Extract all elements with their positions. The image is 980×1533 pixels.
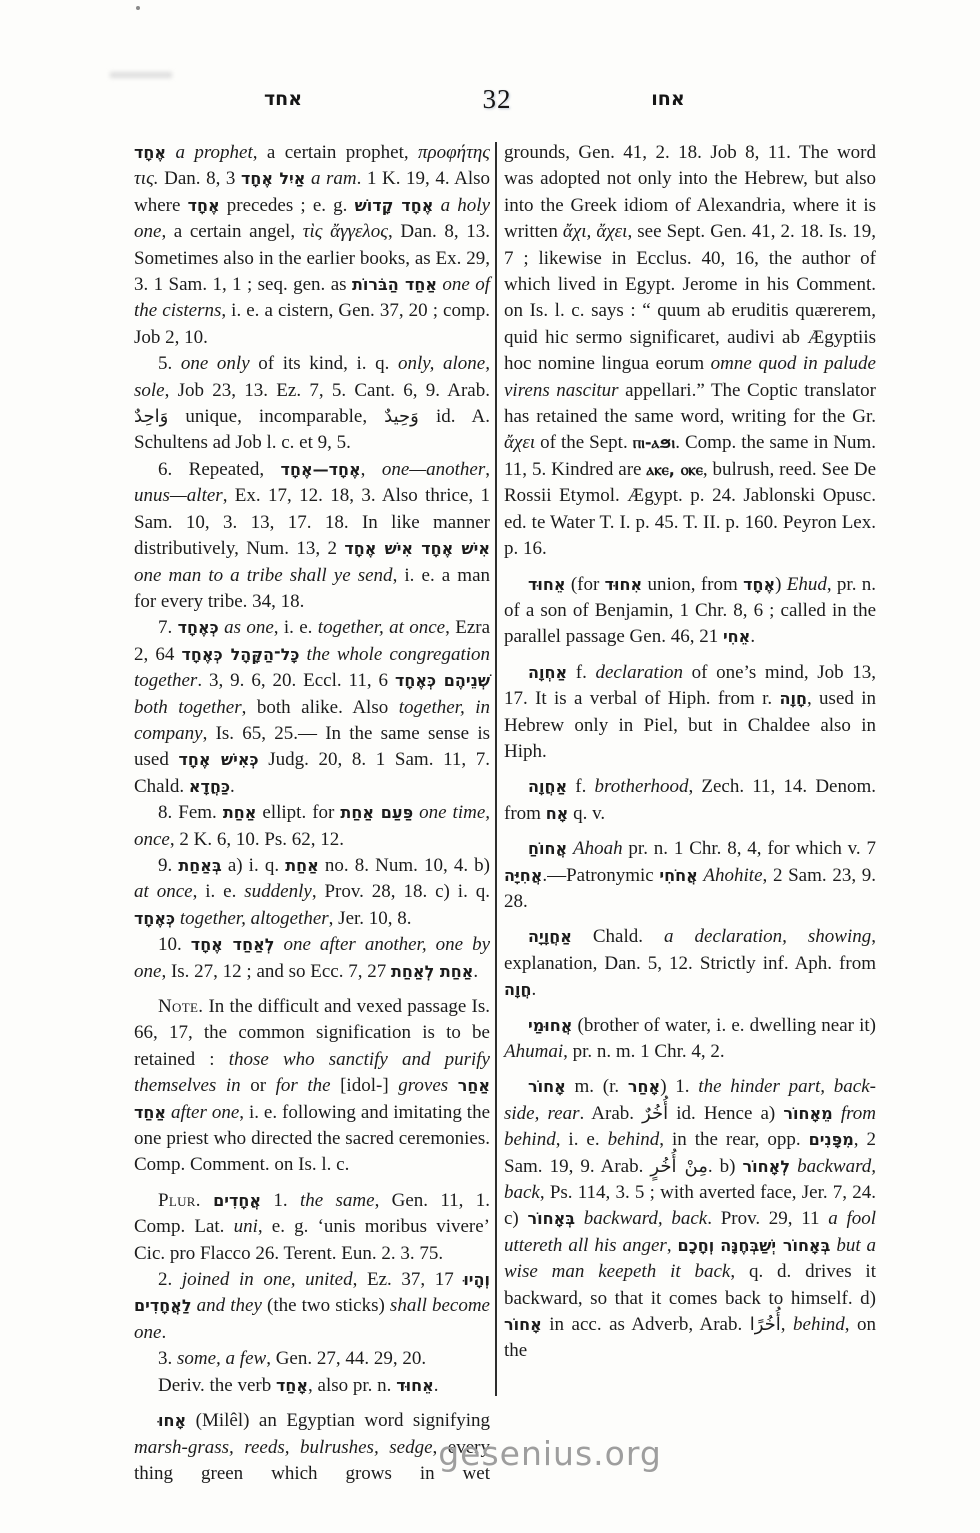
hebrew-text: בְּאַחַת bbox=[178, 856, 221, 875]
body-text: . 3, 9. 6, 20. Eccl. 11, 6 bbox=[197, 670, 395, 691]
body-text: 10. bbox=[158, 934, 191, 955]
italic-text: one man to a tribe shall ye send bbox=[134, 565, 393, 586]
hebrew-text: אָחַר bbox=[628, 1077, 660, 1096]
body-text: , i. e. bbox=[274, 617, 318, 638]
hebrew-text: בְּאָחוֹר bbox=[527, 1209, 575, 1228]
body-text: q. v. bbox=[568, 803, 605, 824]
body-text: , pr. n. m. 1 Chr. 4, 2. bbox=[563, 1041, 725, 1062]
body-text bbox=[201, 1190, 213, 1211]
body-text bbox=[433, 195, 440, 216]
hebrew-text: כְּאִישׁ אֶחָד bbox=[178, 750, 258, 769]
hebrew-text: לְאָחוֹר bbox=[743, 1157, 790, 1176]
italic-text: behind bbox=[608, 1129, 660, 1150]
body-text: of the Sept. bbox=[535, 432, 633, 453]
text-block: אֶחָד a prophet, a certain prophet, προφ… bbox=[134, 140, 876, 1487]
body-text bbox=[790, 1156, 797, 1177]
hebrew-text: אֲחֹחִי bbox=[659, 866, 697, 885]
body-text: . b) bbox=[708, 1156, 743, 1177]
body-text: , a certain angel, bbox=[161, 221, 302, 242]
coptic-text: ⲁⲕⲉ, ⲟⲕⲉ bbox=[646, 460, 702, 479]
hebrew-text: וְחָכָם bbox=[678, 1236, 715, 1255]
hebrew-text: אַחַת bbox=[285, 856, 319, 875]
body-text: Deriv. the verb bbox=[158, 1375, 276, 1396]
hebrew-text: חָוָה bbox=[779, 689, 806, 708]
body-text: 2. bbox=[158, 1269, 182, 1290]
italic-text: together, at once bbox=[318, 617, 445, 638]
hebrew-text: אַחַת לְאַחַת bbox=[391, 962, 473, 981]
dictionary-entry: אֵחוּד (for אִחוּד union, from אֶחָד) Eh… bbox=[504, 572, 876, 651]
greek-text: ἄχει bbox=[504, 432, 535, 453]
italic-text: a prophet bbox=[175, 142, 252, 163]
hebrew-text: אֲחוֹחַ bbox=[528, 839, 567, 858]
dictionary-entry: Plur. אֲחָדִים 1. the same, Gen. 11, 1. … bbox=[134, 1188, 490, 1267]
hebrew-text: כְּאֶחָד bbox=[134, 909, 175, 928]
hebrew-text: אַיִל אֶחָד bbox=[241, 169, 305, 188]
italic-text: backward, back bbox=[584, 1208, 708, 1229]
body-text: , both alike. Also bbox=[242, 697, 399, 718]
arabic-text: أُخُرًا bbox=[750, 1314, 781, 1335]
body-text: f. bbox=[567, 662, 595, 683]
hebrew-text: אָחַד bbox=[276, 1376, 308, 1395]
smallcaps-label: Plur. bbox=[158, 1190, 201, 1211]
hebrew-text: אֶחָד bbox=[134, 143, 166, 162]
body-text: 7. bbox=[158, 617, 178, 638]
italic-text: a ram bbox=[311, 168, 357, 189]
dictionary-entry: אֲחוּמַי (brother of water, i. e. dwelli… bbox=[504, 1013, 876, 1066]
italic-text: at once bbox=[134, 881, 193, 902]
body-text: (brother of water, i. e. dwelling near i… bbox=[572, 1015, 876, 1036]
hebrew-text: אָח bbox=[546, 804, 569, 823]
italic-text: brotherhood bbox=[595, 776, 689, 797]
body-text: (the two sticks) bbox=[262, 1295, 390, 1316]
italic-text: uni bbox=[234, 1216, 258, 1237]
body-text: , Jer. 10, 8. bbox=[329, 908, 412, 929]
paragraph: 8. Fem. אַחַת ellipt. for פַּעַם אַחַת o… bbox=[134, 800, 490, 853]
hebrew-text: אֵחוּד bbox=[396, 1376, 434, 1395]
paragraph: 7. כְּאֶחָד as one, i. e. together, at o… bbox=[134, 615, 490, 800]
italic-text: both together bbox=[134, 697, 242, 718]
left-column: אֶחָד a prophet, a certain prophet, προφ… bbox=[134, 140, 490, 1487]
coptic-text: ⲡⲓ-ⲁϧⲓ bbox=[633, 433, 676, 452]
body-text: ) 1. bbox=[660, 1076, 698, 1097]
italic-text: after one bbox=[171, 1102, 239, 1123]
hebrew-text: בְּאָחוֹר יְשַׁבְּחֶנָּה bbox=[720, 1236, 830, 1255]
italic-text: groves bbox=[398, 1075, 448, 1096]
paragraph: 2. joined in one, united, Ez. 37, 17 וְה… bbox=[134, 1267, 490, 1346]
italic-text: Ahohite bbox=[703, 865, 762, 886]
body-text: Dan. 8, 3 bbox=[159, 168, 241, 189]
hebrew-text: אֲחָדִים bbox=[213, 1191, 261, 1210]
body-text: , i. e. bbox=[556, 1129, 608, 1150]
dictionary-entry: אַחֲוָיָה Chald. a declaration, showing,… bbox=[504, 924, 876, 1003]
italic-text: some, a few bbox=[177, 1348, 266, 1369]
italic-text: one only bbox=[181, 353, 250, 374]
italic-text: Ahumai bbox=[504, 1041, 563, 1062]
hebrew-text: אֶחָד bbox=[188, 196, 220, 215]
body-text: , i. e. bbox=[193, 881, 245, 902]
body-text: m. (r. bbox=[566, 1076, 628, 1097]
body-text: of its kind, i. q. bbox=[250, 353, 398, 374]
paragraph: 5. one only of its kind, i. q. only, alo… bbox=[134, 351, 490, 457]
body-text: 9. bbox=[158, 855, 178, 876]
hebrew-text: כַּחֲדָא bbox=[189, 777, 230, 796]
body-text: , Prov. 28, 18. c) i. q. bbox=[312, 881, 490, 902]
body-text: ellipt. for bbox=[256, 802, 340, 823]
body-text: , Ez. 37, 17 bbox=[353, 1269, 464, 1290]
hebrew-text: אָחוֹר bbox=[528, 1077, 566, 1096]
body-text bbox=[575, 1208, 584, 1229]
italic-text: for the bbox=[276, 1075, 331, 1096]
italic-text: suddenly bbox=[244, 881, 312, 902]
hebrew-text: שְׁנֵיהֶם כְּאֶחָד bbox=[395, 671, 490, 690]
body-text: , bbox=[485, 459, 490, 480]
body-text: . Arab. bbox=[579, 1103, 642, 1124]
body-text: . bbox=[161, 1322, 166, 1343]
body-text: . bbox=[750, 626, 755, 647]
body-text: , see Sept. Gen. 41, 2. 18. Is. 19, 7 ; … bbox=[504, 221, 876, 374]
italic-text: Ahoah bbox=[573, 838, 623, 859]
greek-text: ἄχι, ἄχει bbox=[563, 221, 628, 242]
body-text: , a certain prophet, bbox=[253, 142, 418, 163]
italic-text: a declaration, showing bbox=[664, 926, 871, 947]
italic-text: Ehud bbox=[787, 574, 827, 595]
right-column: grounds, Gen. 41, 2. 18. Job 8, 11. The … bbox=[504, 140, 876, 1365]
paragraph: 3. some, a few, Gen. 27, 44. 29, 20. bbox=[134, 1346, 490, 1372]
body-text bbox=[299, 644, 306, 665]
paragraph: 10. לְאַחַד אֶחָד one after another, one… bbox=[134, 932, 490, 985]
hebrew-text: אַחֲוָה bbox=[528, 777, 567, 796]
italic-text: together, altogether bbox=[180, 908, 329, 929]
body-text: ) bbox=[775, 574, 787, 595]
body-text: in acc. as Adverb, Arab. bbox=[542, 1314, 750, 1335]
hebrew-text: פַּעַם אַחַת bbox=[340, 803, 413, 822]
hebrew-text: אֶחָד bbox=[743, 575, 775, 594]
body-text: Chald. bbox=[572, 926, 664, 947]
paragraph: 6. Repeated, אֶחָד—אֶחָד, one—another, u… bbox=[134, 457, 490, 615]
italic-text: behind bbox=[793, 1314, 845, 1335]
italic-text: as one bbox=[224, 617, 274, 638]
dictionary-entry: אֲחוֹחַ Ahoah pr. n. 1 Chr. 8, 4, for wh… bbox=[504, 836, 876, 915]
dictionary-entry: Note. In the difficult and vexed passage… bbox=[134, 994, 490, 1179]
running-header-left-hebrew: אחד bbox=[218, 88, 348, 110]
hebrew-text: חֲוָה bbox=[504, 980, 531, 999]
dictionary-entry: אָחוֹר m. (r. אָחַר) 1. the hinder part,… bbox=[504, 1074, 876, 1364]
body-text: [idol-] bbox=[331, 1075, 399, 1096]
body-text: 6. Repeated, bbox=[158, 459, 281, 480]
dictionary-entry: אַחֲוָה f. brotherhood, Zech. 11, 14. De… bbox=[504, 774, 876, 827]
body-text: 3. bbox=[158, 1348, 177, 1369]
body-text: . bbox=[531, 979, 536, 1000]
hebrew-text: אֲחִיָּה bbox=[504, 866, 542, 885]
body-text: a) i. q. bbox=[222, 855, 285, 876]
hebrew-text: מִפָּנִים bbox=[809, 1130, 854, 1149]
scan-artifact bbox=[136, 6, 140, 10]
body-text: unique, incomparable, bbox=[168, 406, 384, 427]
hebrew-text: אֶחָד—אֶחָד bbox=[281, 460, 361, 479]
hebrew-text: אַחְוָה bbox=[528, 663, 567, 682]
body-text: , also pr. n. bbox=[308, 1375, 396, 1396]
hebrew-text: אִישׁ אֶחָד אִישׁ אֶחָד bbox=[344, 539, 490, 558]
italic-text: one—another bbox=[382, 459, 485, 480]
body-text: no. 8. Num. 10, 4. b) bbox=[319, 855, 490, 876]
body-text: (Milêl) an Egyptian word signifying bbox=[186, 1410, 490, 1431]
hebrew-text: אֲחוּמַי bbox=[528, 1016, 572, 1035]
hebrew-text: אֵחִי bbox=[723, 627, 750, 646]
hebrew-text: אַחֲוָיָה bbox=[528, 927, 572, 946]
arabic-text: مِنْ أُخُرٍ bbox=[650, 1156, 707, 1177]
body-text: (for bbox=[566, 574, 605, 595]
italic-text: the same bbox=[300, 1190, 375, 1211]
paragraph: 9. בְּאַחַת a) i. q. אַחַת no. 8. Num. 1… bbox=[134, 853, 490, 932]
page-number: 32 bbox=[448, 84, 546, 115]
greek-text: τὶς ἄγγελος bbox=[303, 221, 388, 242]
body-text: .—Patronymic bbox=[542, 865, 659, 886]
arabic-text: أُخُرٌ bbox=[642, 1103, 668, 1124]
hebrew-text: אִחוּד bbox=[605, 575, 643, 594]
body-text: , 2 K. 6, 10. Ps. 62, 12. bbox=[170, 829, 344, 850]
arabic-text: وَحِيدٌ bbox=[384, 406, 419, 427]
body-text: , bbox=[667, 1235, 678, 1256]
scan-artifact bbox=[110, 72, 172, 78]
hebrew-text: אַחַת bbox=[223, 803, 257, 822]
body-text: , bbox=[781, 1314, 793, 1335]
body-text bbox=[448, 1075, 458, 1096]
dictionary-entry: אַחְוָה f. declaration of one’s mind, Jo… bbox=[504, 660, 876, 766]
hebrew-text: אָחוֹר bbox=[504, 1315, 542, 1334]
italic-text: joined in one, united bbox=[182, 1269, 353, 1290]
body-text: . bbox=[434, 1375, 439, 1396]
body-text: union, from bbox=[642, 574, 743, 595]
hebrew-text: לְאַחַד אֶחָד bbox=[191, 935, 275, 954]
body-text: or bbox=[241, 1075, 276, 1096]
body-text: f. bbox=[567, 776, 594, 797]
paragraph: Deriv. the verb אָחַד, also pr. n. אֵחוּ… bbox=[134, 1373, 490, 1399]
body-text: , Gen. 27, 44. 29, 20. bbox=[266, 1348, 426, 1369]
italic-text: marsh-grass, reeds, bulrushes, sedge bbox=[134, 1437, 433, 1458]
body-text: , in the rear, opp. bbox=[659, 1129, 808, 1150]
hebrew-text: כְּאֶחָד bbox=[178, 618, 219, 637]
paragraph: grounds, Gen. 41, 2. 18. Job 8, 11. The … bbox=[504, 140, 876, 563]
body-text: , Job 23, 13. Ez. 7, 5. Cant. 6, 9. Arab… bbox=[165, 380, 490, 401]
body-text: . bbox=[473, 961, 478, 982]
body-text: 8. Fem. bbox=[158, 802, 223, 823]
body-text: , bbox=[361, 459, 382, 480]
smallcaps-label: Note. bbox=[158, 996, 203, 1017]
body-text bbox=[833, 1103, 841, 1124]
paragraph: אֶחָד a prophet, a certain prophet, προφ… bbox=[134, 140, 490, 351]
body-text: 1. bbox=[261, 1190, 300, 1211]
italic-text: declaration bbox=[595, 662, 683, 683]
gesenius-watermark: gesenius.org bbox=[405, 1434, 695, 1473]
body-text: 5. bbox=[158, 353, 181, 374]
body-text: . Prov. 29, 11 bbox=[707, 1208, 828, 1229]
hebrew-text: אֵחוּד bbox=[528, 575, 566, 594]
body-text: , Is. 27, 12 ; and so Ecc. 7, 27 bbox=[161, 961, 391, 982]
hebrew-text: כָּל־הַקָּהָל כְּאֶחָד bbox=[182, 645, 300, 664]
italic-text: and they bbox=[197, 1295, 262, 1316]
running-header-right-hebrew: אחו bbox=[603, 88, 733, 110]
body-text: pr. n. 1 Chr. 8, 4, for which v. 7 bbox=[623, 838, 876, 859]
hebrew-text: מֵאָחוֹר bbox=[783, 1104, 832, 1123]
arabic-text: وَاحِدٌ bbox=[134, 406, 168, 427]
hebrew-text: אָחוּ bbox=[158, 1411, 186, 1430]
body-text: precedes ; e. g. bbox=[220, 195, 355, 216]
body-text: id. Hence a) bbox=[668, 1103, 783, 1124]
scanned-lexicon-page: { "page": { "header": { "left_hebrew": "… bbox=[0, 0, 980, 1533]
hebrew-text: אֶחָד קָדוֹשׁ bbox=[355, 196, 434, 215]
hebrew-text: אַחַד הַבֹּרוֹת bbox=[352, 275, 437, 294]
italic-text: unus—alter bbox=[134, 485, 223, 506]
body-text: . bbox=[230, 776, 235, 797]
